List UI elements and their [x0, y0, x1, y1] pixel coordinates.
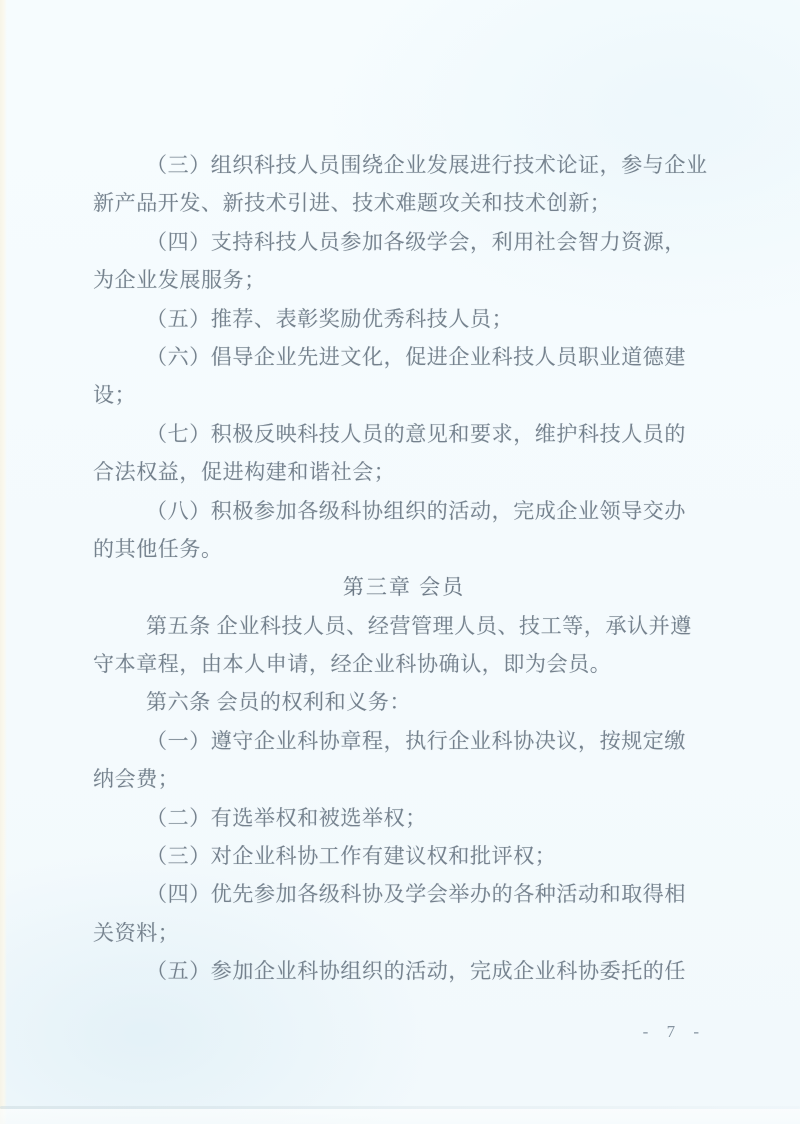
text-line: （五）参加企业科协组织的活动，完成企业科协委托的任: [93, 952, 715, 990]
text-line: 的其他任务。: [93, 530, 715, 568]
text-line: 设；: [93, 376, 715, 414]
text-line: （六）倡导企业先进文化，促进企业科技人员职业道德建: [93, 338, 715, 376]
text-line: （三）对企业科协工作有建议权和批评权；: [93, 837, 715, 875]
text-line: 为企业发展服务；: [93, 261, 715, 299]
text-line: （七）积极反映科技人员的意见和要求，维护科技人员的: [93, 415, 715, 453]
page-number: - 7 -: [643, 1020, 706, 1044]
text-line: 第五条 企业科技人员、经营管理人员、技工等，承认并遵: [93, 607, 715, 645]
document-text-body: （三）组织科技人员围绕企业发展进行技术论证，参与企业 新产品开发、新技术引进、技…: [93, 146, 715, 991]
scan-bottom-paper-artifact: [0, 1109, 800, 1124]
chapter-heading: 第三章 会员: [93, 568, 715, 606]
text-line: （三）组织科技人员围绕企业发展进行技术论证，参与企业: [93, 146, 715, 184]
text-line: （八）积极参加各级科协组织的活动，完成企业领导交办: [93, 492, 715, 530]
text-line: 第六条 会员的权利和义务：: [93, 683, 715, 721]
text-line: 新产品开发、新技术引进、技术难题攻关和技术创新；: [93, 184, 715, 222]
document-page: （三）组织科技人员围绕企业发展进行技术论证，参与企业 新产品开发、新技术引进、技…: [0, 0, 800, 1124]
text-line: （四）优先参加各级科协及学会举办的各种活动和取得相: [93, 875, 715, 913]
text-line: （五）推荐、表彰奖励优秀科技人员；: [93, 300, 715, 338]
text-line: （一）遵守企业科协章程，执行企业科协决议，按规定缴: [93, 722, 715, 760]
text-line: 纳会费；: [93, 760, 715, 798]
text-line: 关资料；: [93, 914, 715, 952]
text-line: 守本章程，由本人申请，经企业科协确认，即为会员。: [93, 645, 715, 683]
text-line: （四）支持科技人员参加各级学会，利用社会智力资源，: [93, 223, 715, 261]
scan-left-edge-artifact: [0, 0, 7, 1124]
text-line: （二）有选举权和被选举权；: [93, 799, 715, 837]
text-line: 合法权益，促进构建和谐社会；: [93, 453, 715, 491]
